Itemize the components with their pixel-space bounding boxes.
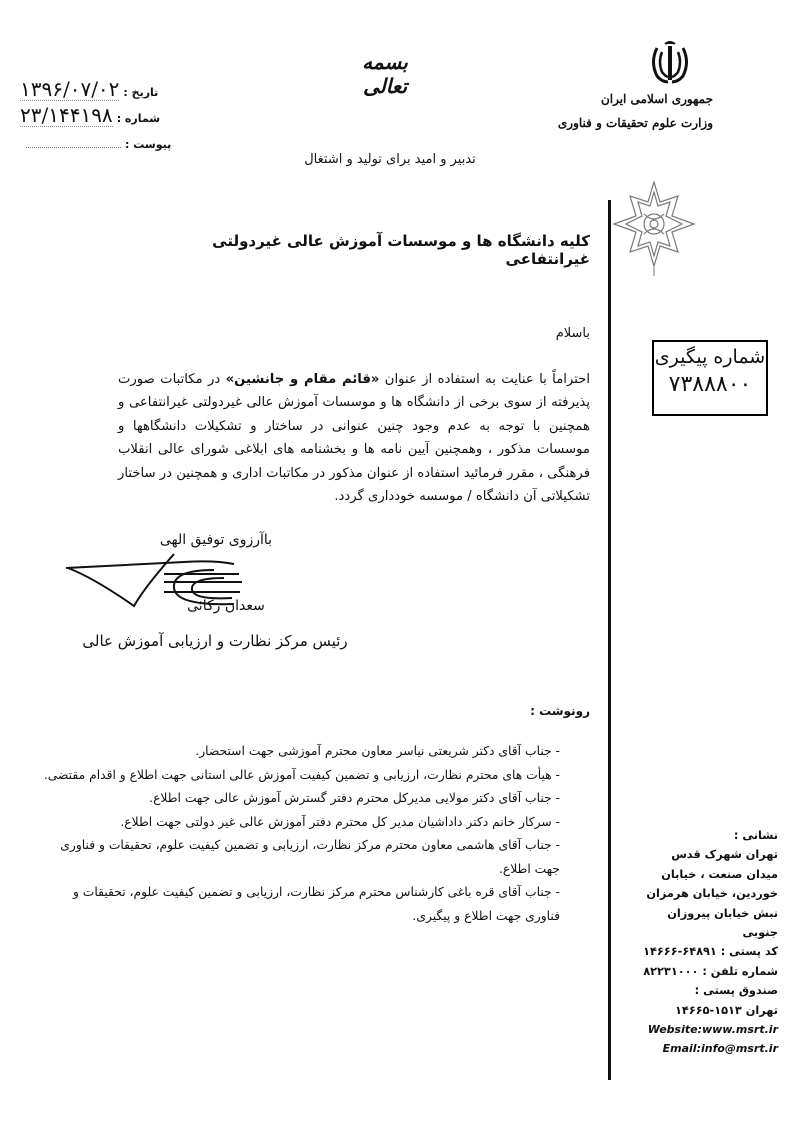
cc-item: - هیأت های محترم نظارت، ارزیابی و تضمین … <box>40 764 560 788</box>
iran-emblem-icon <box>648 38 692 86</box>
address-label: نشانی : <box>628 826 778 845</box>
ministry-address: نشانی : تهران شهرک قدس میدان صنعت ، خیاب… <box>628 826 778 1059</box>
cc-heading: رونوشت : <box>400 704 590 718</box>
vertical-divider <box>608 200 611 1080</box>
number-row: شماره : ۲۳/۱۴۴۱۹۸ <box>20 104 160 127</box>
attachment-row: پیوست : <box>20 138 171 151</box>
arabesque-ornament-icon <box>612 180 696 300</box>
cc-item: - جناب آقای قره باغی کارشناس محترم مرکز … <box>40 881 560 928</box>
ministry-line-2: وزارت علوم تحقیقات و فناوری <box>513 116 713 130</box>
cc-item: - جناب آقای هاشمی معاون محترم مرکز نظارت… <box>40 834 560 881</box>
closing-phrase: باآرزوی توفیق الهی <box>150 532 282 548</box>
number-value: ۲۳/۱۴۴۱۹۸ <box>20 104 113 127</box>
attachment-label: پیوست : <box>125 138 171 151</box>
email-link[interactable]: Email:info@msrt.ir <box>628 1039 778 1058</box>
postal-code: کد پستی : ۶۴۸۹۱-۱۴۶۶۶ <box>628 942 778 961</box>
body-text-part-2: در مکاتبات صورت پذیرفته از سوی برخی از د… <box>118 372 590 504</box>
website-link[interactable]: Website:www.msrt.ir <box>628 1020 778 1039</box>
ministry-line-1: جمهوری اسلامی ایران <box>513 92 713 106</box>
signer-title: رئیس مرکز نظارت و ارزیابی آموزش عالی <box>80 632 350 650</box>
cc-item: - جناب آقای دکتر شریعتی نیاسر معاون محتر… <box>40 740 560 764</box>
number-label: شماره : <box>117 112 160 125</box>
address-line: میدان صنعت ، خیابان <box>628 865 778 884</box>
letter-body: احتراماً با عنایت به استفاده از عنوان «ق… <box>118 368 590 508</box>
address-line: نبش خیابان پیروزان جنوبی <box>628 904 778 943</box>
attachment-dotted-line <box>26 139 121 148</box>
tracking-number-box: شماره پیگیری ۷۳۸۸۸۰۰ <box>652 340 768 416</box>
bismillah-heading: بسمه تعالی <box>340 50 430 98</box>
addressee: کلیه دانشگاه ها و موسسات آموزش عالی غیرد… <box>180 232 590 268</box>
date-value: ۱۳۹۶/۰۷/۰۲ <box>20 78 119 101</box>
body-text-part-1: احتراماً با عنایت به استفاده از عنوان <box>379 372 590 387</box>
signer-name: سعدان زکائی <box>160 598 292 614</box>
address-line: تهران شهرک قدس <box>628 845 778 864</box>
po-box-value: تهران ۱۵۱۳-۱۴۶۶۵ <box>628 1001 778 1020</box>
po-box-label: صندوق پستی : <box>628 981 778 1000</box>
cc-list: - جناب آقای دکتر شریعتی نیاسر معاون محتر… <box>40 740 560 928</box>
body-bold-title: «قائم مقام و جانشین» <box>226 372 380 387</box>
phone-number: شماره تلفن : ۸۲۲۳۱۰۰۰ <box>628 962 778 981</box>
date-row: تاریخ : ۱۳۹۶/۰۷/۰۲ <box>20 78 158 101</box>
cc-item: - سرکار خانم دکتر داداشیان مدیر کل محترم… <box>40 811 560 835</box>
slogan: تدبیر و امید برای تولید و اشتغال <box>200 152 580 167</box>
greeting: باسلام <box>200 326 590 341</box>
address-line: خوردین، خیابان هرمزان <box>628 884 778 903</box>
tracking-number: ۷۳۸۸۸۰۰ <box>654 372 766 397</box>
tracking-label: شماره پیگیری <box>654 346 766 368</box>
cc-item: - جناب آقای دکتر مولایی مدیرکل محترم دفت… <box>40 787 560 811</box>
date-label: تاریخ : <box>123 86 158 99</box>
